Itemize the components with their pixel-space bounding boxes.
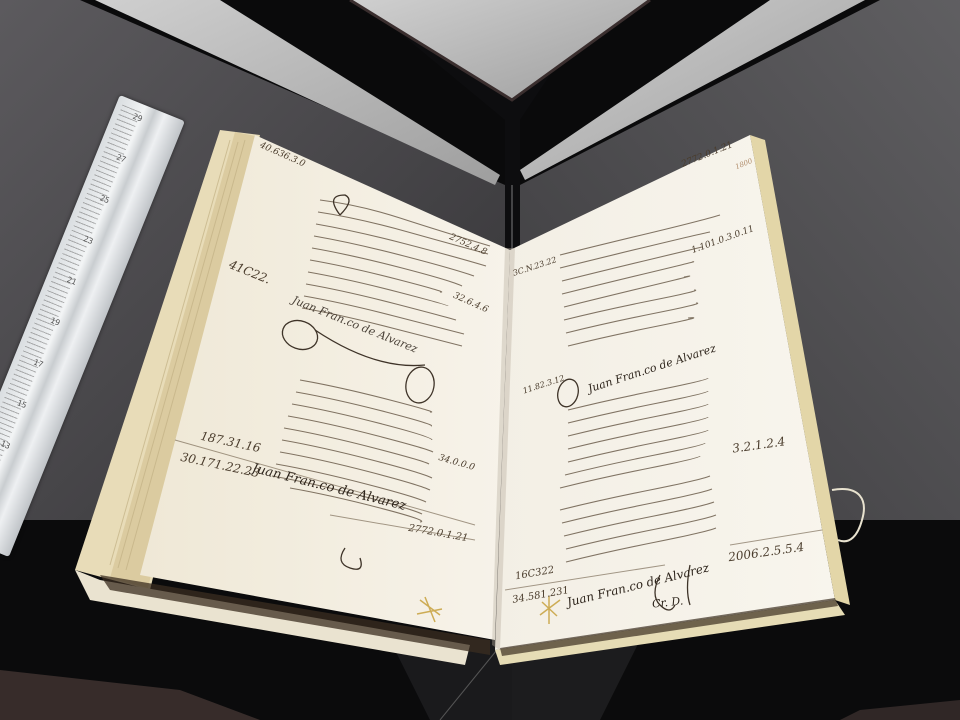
ruler-number: 11 (0, 480, 5, 496)
ruler-number: 15 (16, 398, 38, 414)
ruler-number: 29 (131, 112, 153, 128)
ruler-number: 27 (115, 153, 137, 169)
museum-display-scene: 29 27 25 23 21 19 17 15 13 11 10 MADE IN… (0, 0, 960, 720)
ruler-number: 17 (32, 357, 54, 373)
ruler-number: 21 (65, 275, 87, 291)
ruler-number: 13 (0, 439, 21, 455)
ruler-number: 23 (82, 234, 104, 250)
ruler-number: 19 (49, 316, 71, 332)
ruler-number: 25 (98, 194, 120, 210)
